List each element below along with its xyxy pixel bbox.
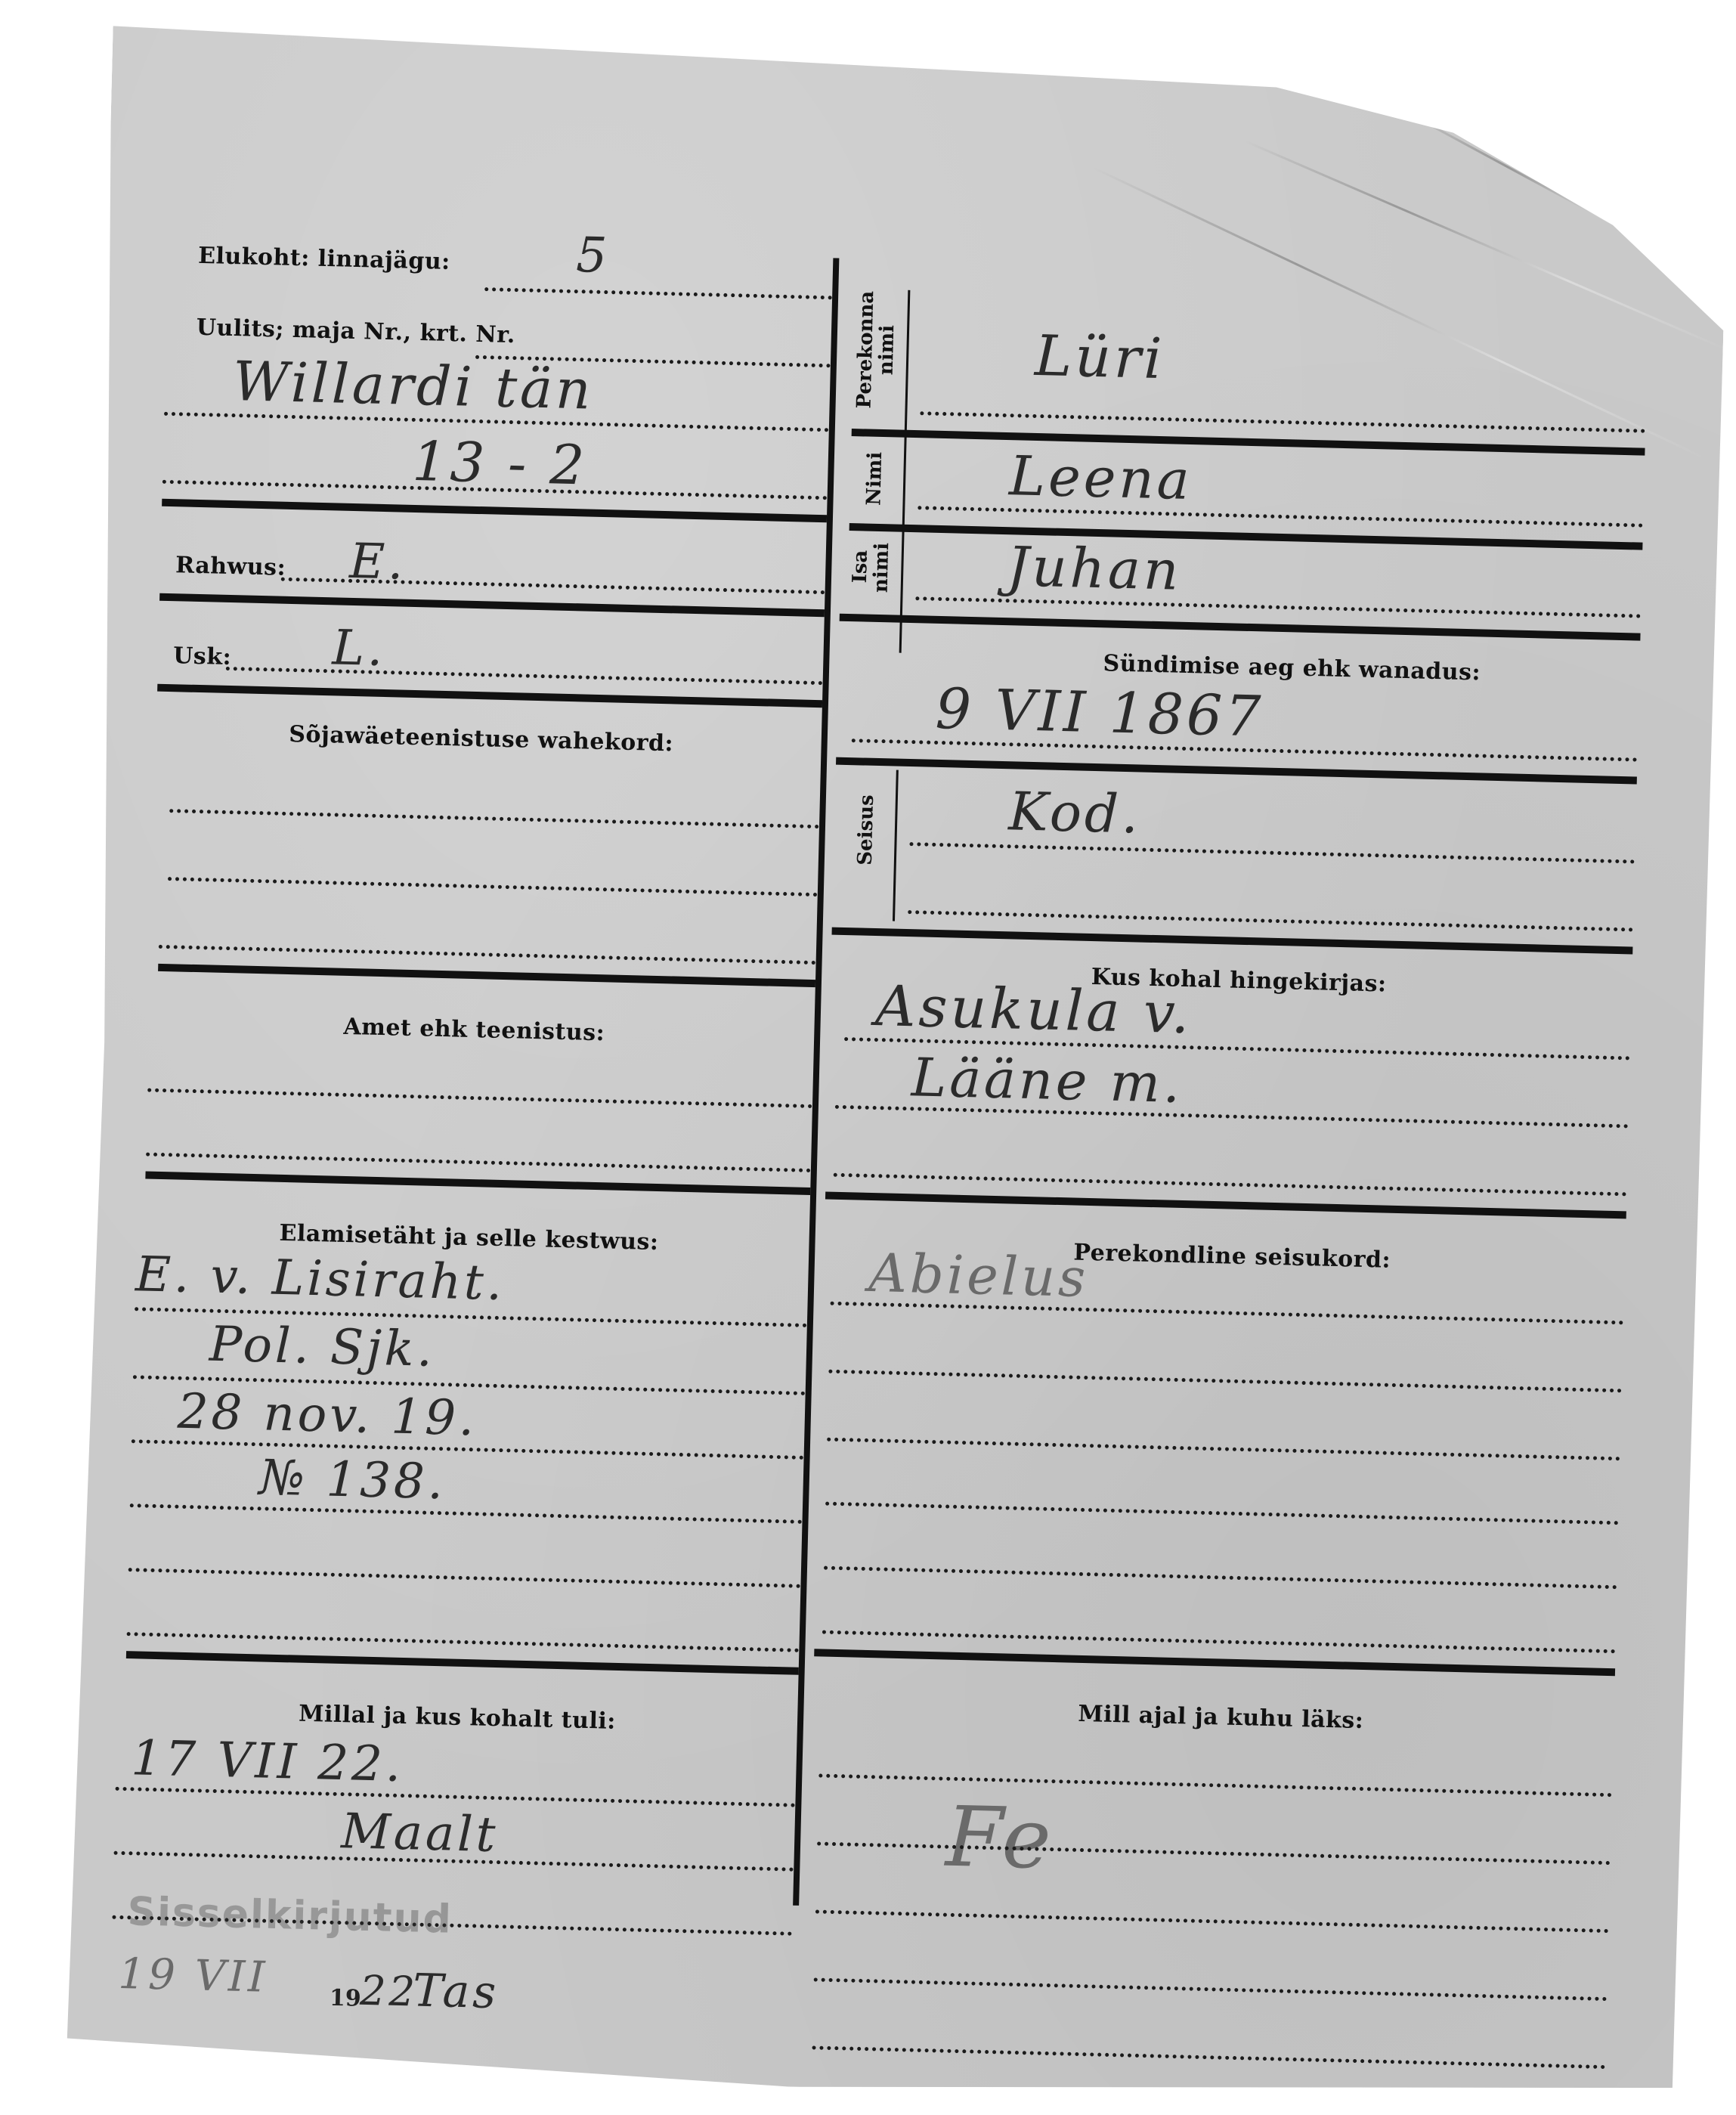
dotted-line xyxy=(812,2045,1605,2069)
label-seisus: Seisus xyxy=(855,788,878,872)
value-fathers-name: Juhan xyxy=(1006,534,1182,602)
label-millal-laks: Mill ajal ja kuhu läks: xyxy=(812,1694,1629,1740)
label-elukoht: Elukoht: linnajägu: xyxy=(198,243,450,275)
label-sojavaeteenistus: Sõjawäeteenistuse wahekord: xyxy=(141,717,822,760)
value-permit-date: 28 nov. 19. xyxy=(177,1384,478,1448)
registration-stamp: Sisselkirjutud xyxy=(127,1889,453,1942)
printed-year: 19 xyxy=(330,1985,362,2012)
section-rule xyxy=(814,1649,1615,1676)
official-signature: Tas xyxy=(412,1964,500,2019)
dotted-line xyxy=(915,596,1641,618)
label-rahwus: Rahwus: xyxy=(175,552,286,581)
section-rule xyxy=(840,614,1641,641)
registration-card: Elukoht: linnajägu: 5 Uulits; maja Nr., … xyxy=(63,14,1731,2108)
dotted-line xyxy=(834,1173,1627,1197)
value-street: Willardi tän xyxy=(232,349,594,422)
section-rule xyxy=(849,523,1643,550)
dotted-line xyxy=(147,1088,812,1108)
dotted-line xyxy=(920,411,1645,432)
section-rule xyxy=(832,927,1633,955)
label-separator xyxy=(899,290,911,653)
dotted-line xyxy=(814,1977,1608,2001)
right-column: Perekonna nimi Lüri Nimi Leena Isa nimi … xyxy=(803,32,1669,2107)
value-arrival-from: Maalt xyxy=(340,1804,499,1863)
value-year: 22 xyxy=(359,1967,418,2016)
label-amet: Amet ehk teenistus: xyxy=(134,1008,815,1051)
label-isanimi-line1: Isa xyxy=(849,550,872,584)
dotted-line xyxy=(835,1105,1629,1129)
section-rule xyxy=(157,684,822,708)
value-surname: Lüri xyxy=(1034,324,1165,392)
dotted-line xyxy=(822,1630,1616,1654)
dotted-line xyxy=(159,945,816,965)
dotted-line xyxy=(825,1502,1619,1525)
dotted-line xyxy=(827,1438,1620,1461)
label-perekonnanimi: Perekonna nimi xyxy=(853,281,899,418)
value-county: Lääne m. xyxy=(911,1046,1184,1115)
dotted-line xyxy=(226,667,823,685)
dotted-line xyxy=(818,1773,1612,1797)
dotted-line xyxy=(831,1302,1624,1325)
departure-mark: Fe xyxy=(945,1788,1055,1887)
label-perekonnanimi-line2: nimi xyxy=(875,325,899,376)
value-permit-line1: E. v. Lisiraht. xyxy=(135,1246,506,1311)
dotted-line xyxy=(116,1787,796,1807)
section-rule xyxy=(159,593,825,617)
dotted-line xyxy=(146,1153,811,1172)
section-rule xyxy=(852,429,1645,456)
section-rule xyxy=(158,964,815,987)
label-usk: Usk: xyxy=(173,643,232,670)
dotted-line xyxy=(128,1568,801,1588)
section-rule xyxy=(825,1191,1626,1219)
dotted-line xyxy=(484,287,832,299)
value-arrival-date: 17 VII 22. xyxy=(131,1730,404,1793)
section-rule xyxy=(126,1651,799,1675)
value-marital-status: Abielus xyxy=(868,1242,1089,1309)
label-uulits: Uulits; maja Nr., krt. Nr. xyxy=(196,314,515,348)
section-rule xyxy=(145,1171,810,1194)
label-perekonnanimi-line1: Perekonna xyxy=(853,290,879,408)
dotted-line xyxy=(909,842,1635,863)
value-seisus: Kod. xyxy=(1008,780,1143,845)
label-nimi: Nimi xyxy=(863,444,886,512)
scan-stage: Elukoht: linnajägu: 5 Uulits; maja Nr., … xyxy=(0,0,1736,2115)
label-separator xyxy=(893,770,899,921)
dotted-line xyxy=(815,1909,1609,1933)
value-permit-number: № 138. xyxy=(258,1450,447,1510)
value-stamp-date: 19 VII xyxy=(118,1949,268,2002)
dotted-line xyxy=(169,809,819,828)
section-rule xyxy=(162,499,827,522)
dotted-line xyxy=(918,506,1643,527)
dotted-line xyxy=(168,877,818,896)
label-isanimi: Isa nimi xyxy=(849,534,893,599)
value-linnajagu: 5 xyxy=(575,228,611,284)
value-parish: Asukula v. xyxy=(874,974,1193,1046)
dotted-line xyxy=(130,1503,803,1524)
left-column: Elukoht: linnajägu: 5 Uulits; maja Nr., … xyxy=(109,14,839,2086)
dotted-line xyxy=(828,1370,1622,1393)
value-birth-date: 9 VII 1867 xyxy=(935,677,1264,750)
value-first-name: Leena xyxy=(1008,444,1193,512)
dotted-line xyxy=(817,1841,1611,1865)
value-permit-line2: Pol. Sjk. xyxy=(209,1317,436,1378)
dotted-line xyxy=(908,910,1633,931)
dotted-line xyxy=(824,1566,1617,1590)
label-isanimi-line2: nimi xyxy=(870,542,894,593)
section-rule xyxy=(836,757,1637,785)
dotted-line xyxy=(127,1632,800,1652)
